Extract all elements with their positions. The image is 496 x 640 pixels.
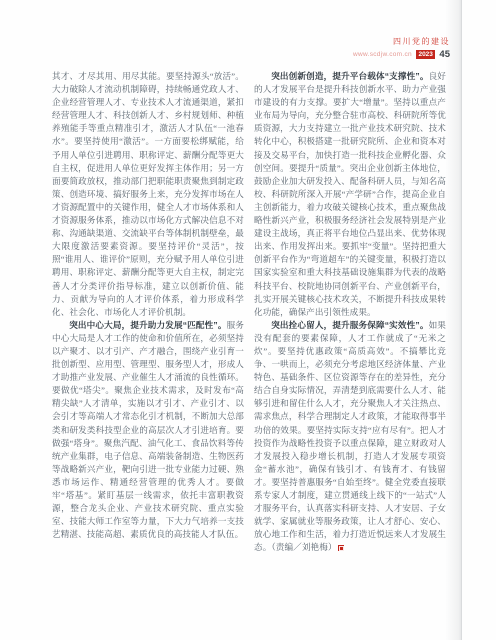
article-end-icon [338,545,344,551]
page-number: 45 [439,49,450,60]
paragraph-support: 突出创新创造，提升平台载体“支撑性”。良好的人才发展平台是提升科技创新水平、助力… [254,70,446,319]
year-badge: 2023 [416,50,435,59]
paragraph-lead: 突出拴心留人，提升服务保障“实效性”。 [271,320,428,330]
paragraph-text: 其才、才尽其用、用尽其能。要坚持源头“放活”。大力破除人才流动机制障碍，持续畅通… [52,71,244,317]
header-meta-row: www.scdjw.com.cn 2023 45 [353,49,450,60]
editor-credit: （责编／刘艳梅） [271,542,336,552]
page-header: 四川党的建设 www.scdjw.com.cn 2023 45 [353,36,450,60]
paragraph-text: 服务中心大局是人才工作的使命和价值所在，必须坚持以产聚才、以才引产、产才融合，围… [52,320,244,540]
website-url: www.scdjw.com.cn [353,51,412,58]
article-column-right: 突出创新创造，提升平台载体“支撑性”。良好的人才发展平台是提升科技创新水平、助力… [254,70,446,554]
paragraph-text: 良好的人才发展平台是提升科技创新水平、助力产业强市建设的有力支撑。要扩大“增量”… [254,71,446,317]
paragraph-lead: 突出创新创造，提升平台载体“支撑性”。 [271,71,428,81]
paragraph-lead: 突出中心大局，提升助力发展“匹配性”。 [69,320,226,330]
paragraph-continuation: 其才、才尽其用、用尽其能。要坚持源头“放活”。大力破除人才流动机制障碍，持续畅通… [52,70,244,319]
paragraph-service: 突出拴心留人，提升服务保障“实效性”。如果没有配套的要素保障，人才工作就成了“无… [254,319,446,555]
article-column-left: 其才、才尽其用、用尽其能。要坚持源头“放活”。大力破除人才流动机制障碍，持续畅通… [52,70,244,554]
paragraph-text: 如果没有配套的要素保障，人才工作就成了“无米之炊”。要坚持优惠政策“高质高效”。… [254,320,446,553]
article-body: 其才、才尽其用、用尽其能。要坚持源头“放活”。大力破除人才流动机制障碍，持续畅通… [52,70,446,554]
page-edge-shadow [445,0,462,640]
magazine-title: 四川党的建设 [353,36,450,47]
paragraph-match: 突出中心大局，提升助力发展“匹配性”。服务中心大局是人才工作的使命和价值所在，必… [52,319,244,542]
magazine-page: 四川党的建设 www.scdjw.com.cn 2023 45 其才、才尽其用、… [0,0,496,640]
